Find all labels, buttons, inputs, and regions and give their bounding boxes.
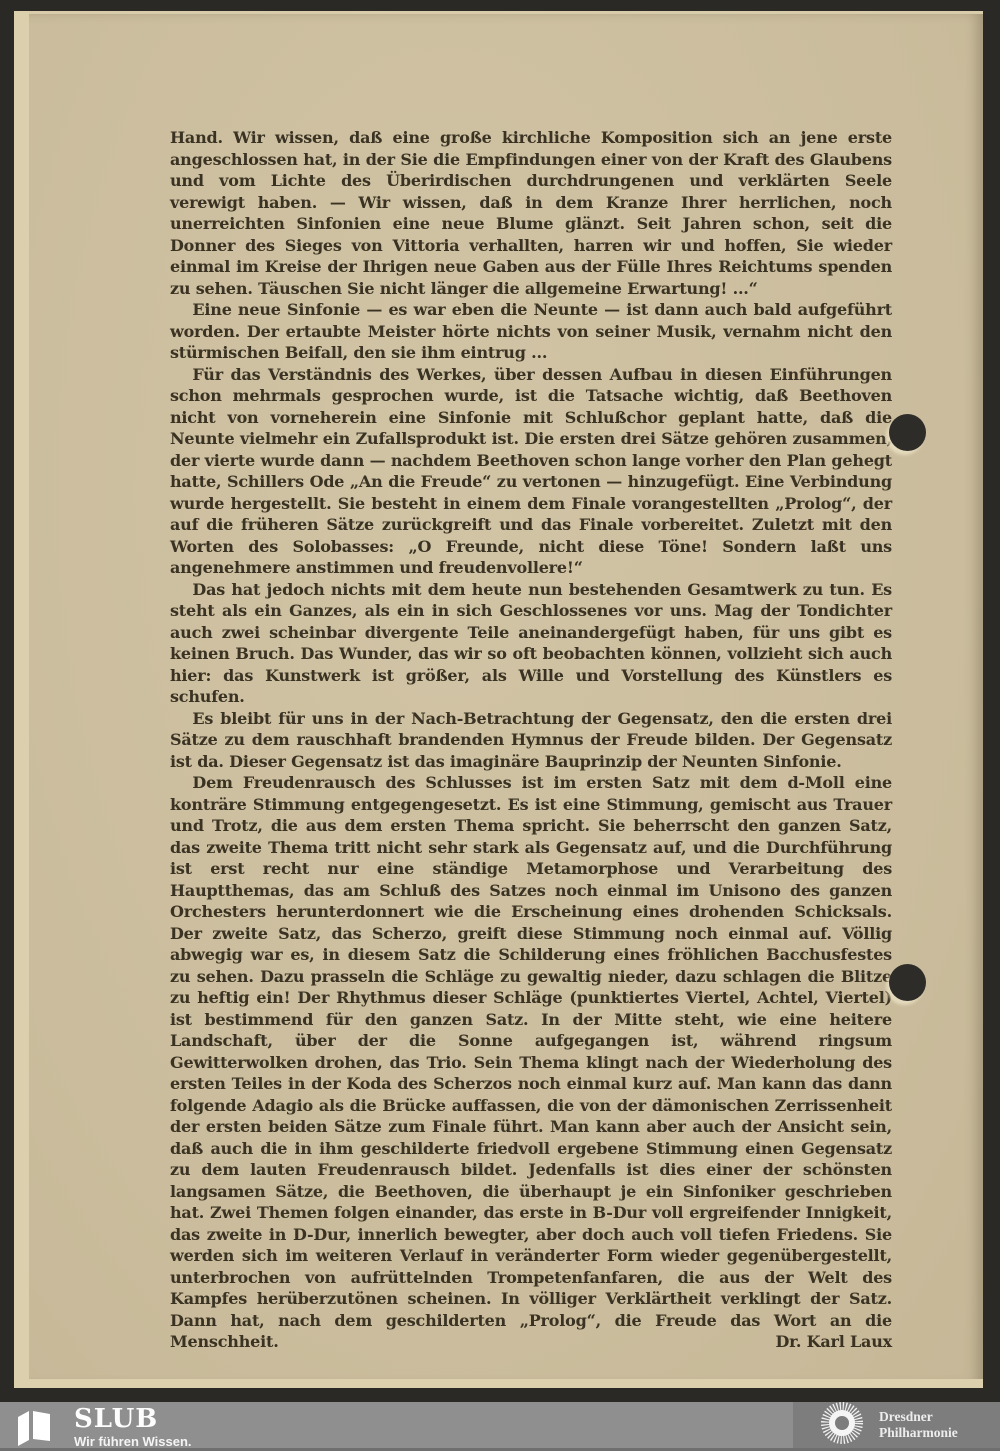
body-paragraph: Eine neue Sinfonie — es war eben die Neu… <box>170 299 892 364</box>
viewer-footer: SLUB Wir führen Wissen. Dresdner Philhar… <box>0 1402 1000 1451</box>
philharmonie-name-line2: Philharmonie <box>879 1425 958 1441</box>
philharmonie-name-line1: Dresdner <box>879 1409 958 1425</box>
body-paragraph: Es bleibt für uns in der Nach-Betrachtun… <box>170 708 892 773</box>
body-paragraph: Das hat jedoch nichts mit dem heute nun … <box>170 579 892 708</box>
body-paragraph: Für das Verständnis des Werkes, über des… <box>170 364 892 579</box>
page-text: Hand. Wir wissen, daß eine große kirchli… <box>170 127 892 1353</box>
scanned-page: Hand. Wir wissen, daß eine große kirchli… <box>14 11 983 1388</box>
body-paragraph: Hand. Wir wissen, daß eine große kirchli… <box>170 127 892 299</box>
philharmonie-panel: Dresdner Philharmonie <box>793 1402 1000 1448</box>
slub-logo-link[interactable]: SLUB Wir führen Wissen. <box>16 1406 192 1450</box>
scan-background: Hand. Wir wissen, daß eine große kirchli… <box>0 0 1000 1451</box>
slub-name: SLUB <box>74 1406 192 1432</box>
slub-tagline: Wir führen Wissen. <box>74 1435 192 1449</box>
open-book-icon <box>16 1408 52 1450</box>
author-signature: Dr. Karl Laux <box>567 1331 892 1353</box>
punch-hole <box>889 964 926 1001</box>
philharmonie-wordmark: Dresdner Philharmonie <box>879 1409 958 1441</box>
body-paragraph: Dem Freudenrausch des Schlusses ist im e… <box>170 772 892 1353</box>
sunburst-icon <box>819 1400 865 1450</box>
punch-hole <box>889 414 926 451</box>
slub-wordmark: SLUB Wir führen Wissen. <box>74 1406 192 1449</box>
philharmonie-logo-link[interactable]: Dresdner Philharmonie <box>819 1400 958 1450</box>
